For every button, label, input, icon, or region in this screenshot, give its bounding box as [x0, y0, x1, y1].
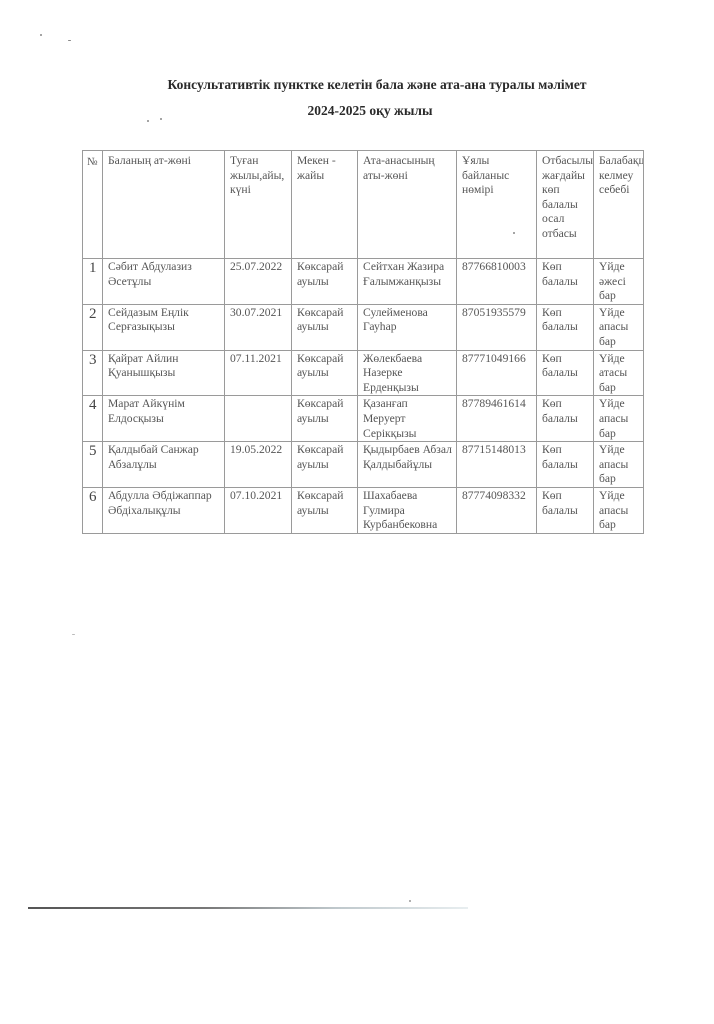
scan-speck [513, 232, 515, 234]
scan-speck [72, 634, 75, 635]
birth-date: 19.05.2022 [225, 442, 292, 488]
scan-speck [68, 40, 71, 41]
family-status: Көп балалы [537, 442, 594, 488]
child-name: Сәбит Абдулазиз Әсетұлы [103, 259, 225, 305]
reason: Үйде апасы бар [594, 487, 644, 533]
row-number: 4 [83, 396, 103, 442]
header-address: Мекен - жайы [292, 151, 358, 259]
parent-name: Жөлекбаева Назерке Ерденқызы [358, 350, 457, 396]
scan-speck [40, 34, 42, 36]
child-name: Қалдыбай Санжар Абзалұлы [103, 442, 225, 488]
header-child-name: Баланың ат-жөні [103, 151, 225, 259]
table-row: 3Қайрат Айлин Қуанышқызы07.11.2021Көксар… [83, 350, 644, 396]
table-row: 6Абдулла Әбдіжаппар Әбдіхалықұлы07.10.20… [83, 487, 644, 533]
phone-number: 87771049166 [457, 350, 537, 396]
parent-name: Қазанғап Меруерт Серікқызы [358, 396, 457, 442]
table-header-row: № Баланың ат-жөні Туған жылы,айы, күні М… [83, 151, 644, 259]
family-status: Көп балалы [537, 396, 594, 442]
phone-number: 87774098332 [457, 487, 537, 533]
scan-speck [409, 900, 411, 902]
birth-date: 25.07.2022 [225, 259, 292, 305]
family-status: Көп балалы [537, 304, 594, 350]
phone-number: 87766810003 [457, 259, 537, 305]
children-info-table: № Баланың ат-жөні Туған жылы,айы, күні М… [82, 150, 644, 534]
phone-number: 87715148013 [457, 442, 537, 488]
address: Көксарай ауылы [292, 259, 358, 305]
birth-date: 07.10.2021 [225, 487, 292, 533]
header-birth-date: Туған жылы,айы, күні [225, 151, 292, 259]
header-phone: Ұялы байланыс нөмірі [457, 151, 537, 259]
document-title: Консультативтік пунктке келетін бала жән… [0, 77, 714, 93]
reason: Үйде апасы бар [594, 304, 644, 350]
birth-date [225, 396, 292, 442]
child-name: Абдулла Әбдіжаппар Әбдіхалықұлы [103, 487, 225, 533]
row-number: 3 [83, 350, 103, 396]
address: Көксарай ауылы [292, 487, 358, 533]
birth-date: 30.07.2021 [225, 304, 292, 350]
parent-name: Сейтхан Жазира Ғалымжанқызы [358, 259, 457, 305]
child-name: Қайрат Айлин Қуанышқызы [103, 350, 225, 396]
phone-number: 87051935579 [457, 304, 537, 350]
table-row: 5Қалдыбай Санжар Абзалұлы19.05.2022Көкса… [83, 442, 644, 488]
scan-speck [147, 120, 149, 122]
reason: Үйде атасы бар [594, 350, 644, 396]
birth-date: 07.11.2021 [225, 350, 292, 396]
child-name: Сейдазым Еңлік Серғазықызы [103, 304, 225, 350]
row-number: 2 [83, 304, 103, 350]
family-status: Көп балалы [537, 259, 594, 305]
header-family-status: Отбасылық жағдайы көп балалы осал отбасы [537, 151, 594, 259]
address: Көксарай ауылы [292, 350, 358, 396]
header-number: № [83, 151, 103, 259]
document-subtitle: 2024-2025 оқу жылы [0, 103, 714, 119]
row-number: 5 [83, 442, 103, 488]
phone-number: 87789461614 [457, 396, 537, 442]
child-name: Марат Айкүнім Елдосқызы [103, 396, 225, 442]
table-row: 2Сейдазым Еңлік Серғазықызы30.07.2021Көк… [83, 304, 644, 350]
header-parent-name: Ата-анасының аты-жөні [358, 151, 457, 259]
family-status: Көп балалы [537, 487, 594, 533]
row-number: 6 [83, 487, 103, 533]
table-row: 1Сәбит Абдулазиз Әсетұлы25.07.2022Көксар… [83, 259, 644, 305]
address: Көксарай ауылы [292, 442, 358, 488]
page-bottom-edge [28, 907, 468, 909]
parent-name: Сулейменова Гауһар [358, 304, 457, 350]
parent-name: Шахабаева Гулмира Курбанбековна [358, 487, 457, 533]
address: Көксарай ауылы [292, 304, 358, 350]
parent-name: Қыдырбаев Абзал Қалдыбайұлы [358, 442, 457, 488]
row-number: 1 [83, 259, 103, 305]
reason: Үйде әжесі бар [594, 259, 644, 305]
header-reason: Балабақшаға келмеу себебі [594, 151, 644, 259]
family-status: Көп балалы [537, 350, 594, 396]
address: Көксарай ауылы [292, 396, 358, 442]
reason: Үйде апасы бар [594, 396, 644, 442]
table-row: 4Марат Айкүнім ЕлдосқызыКөксарай ауылыҚа… [83, 396, 644, 442]
reason: Үйде апасы бар [594, 442, 644, 488]
